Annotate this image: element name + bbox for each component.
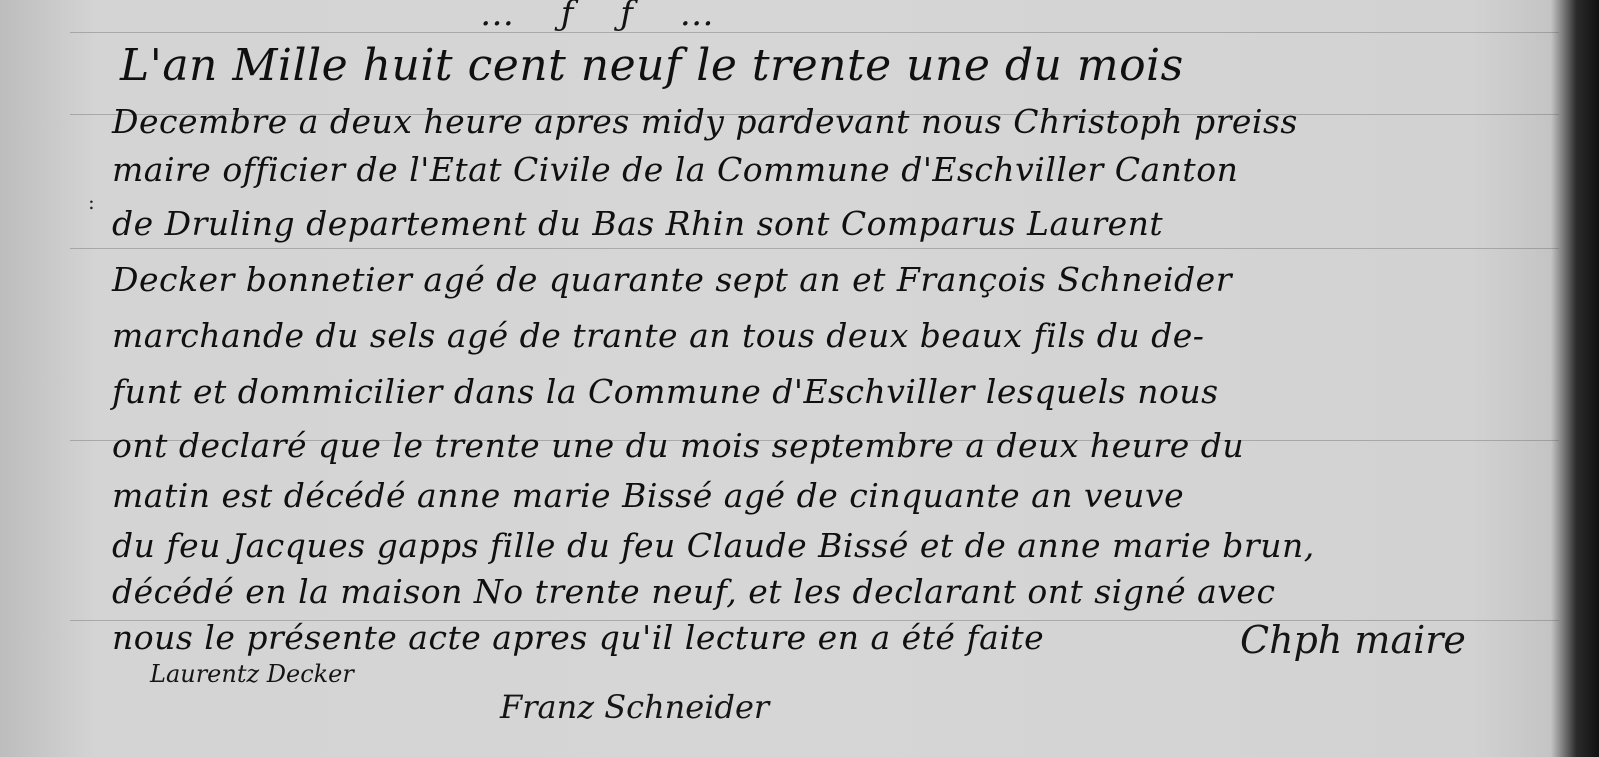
ruled-line (70, 32, 1559, 33)
header-flourish: … ƒ ƒ … (480, 0, 732, 34)
signature-declarant-1: Laurentz Decker (150, 660, 354, 688)
record-line-10: du feu Jacques gapps fille du feu Claude… (112, 528, 1559, 564)
record-line-4: de Druling departement du Bas Rhin sont … (112, 206, 1559, 242)
record-line-7: funt et dommicilier dans la Commune d'Es… (112, 374, 1559, 410)
signature-mayor: Chph maire (1240, 618, 1466, 662)
scanned-document-page: … ƒ ƒ … : L'an Mille huit cent neuf le t… (0, 0, 1599, 757)
record-line-9: matin est décédé anne marie Bissé agé de… (112, 478, 1559, 514)
ruled-line (70, 248, 1559, 249)
record-line-8: ont declaré que le trente une du mois se… (112, 428, 1559, 464)
record-line-2: Decembre a deux heure apres midy pardeva… (112, 104, 1559, 140)
record-line-6: marchande du sels agé de trante an tous … (112, 318, 1559, 354)
record-line-1: L'an Mille huit cent neuf le trente une … (120, 48, 1559, 84)
margin-mark: : (88, 190, 95, 214)
record-line-3: maire officier de l'Etat Civile de la Co… (112, 152, 1559, 188)
record-line-11: décédé en la maison No trente neuf, et l… (112, 574, 1559, 610)
signature-declarant-2: Franz Schneider (500, 688, 769, 726)
record-line-5: Decker bonnetier agé de quarante sept an… (112, 262, 1559, 298)
